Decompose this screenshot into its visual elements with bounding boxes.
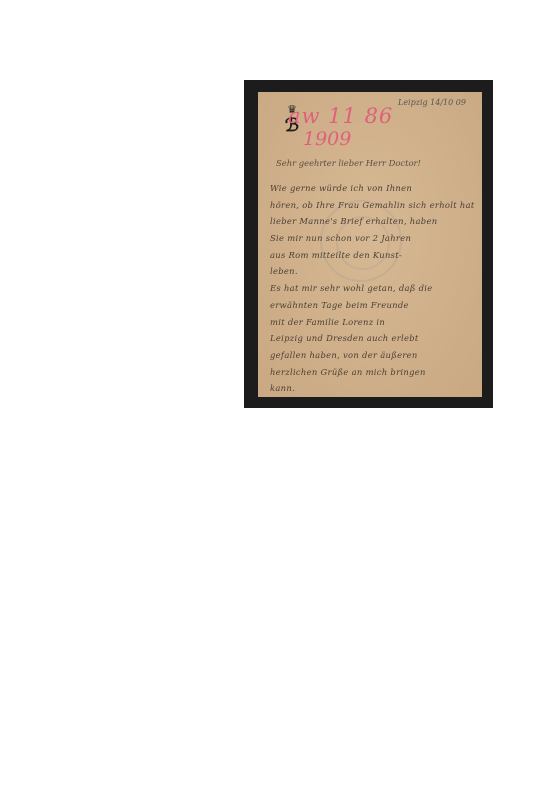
- letter-line: leben.: [270, 263, 475, 280]
- letter-line: kann.: [270, 380, 475, 397]
- letter-body: Wie gerne würde ich von Ihnenhören, ob I…: [270, 180, 475, 397]
- letter-line: Es hat mir sehr wohl getan, daß die: [270, 280, 475, 297]
- letter-line: Sie mir nun schon vor 2 Jahren: [270, 230, 475, 247]
- letter-line: aus Rom mitteilte den Kunst-: [270, 247, 475, 264]
- letter-line: herzlichen Grüße an mich bringen: [270, 364, 475, 381]
- salutation: Sehr geehrter lieber Herr Doctor!: [276, 158, 421, 168]
- letter-date: Leipzig 14/10 09: [398, 98, 466, 107]
- letter-line: hören, ob Ihre Frau Gemahlin sich erholt…: [270, 197, 475, 214]
- letter-paper: ♛ ℬ aw 11 86 1909 Leipzig 14/10 09 Sehr …: [258, 92, 482, 397]
- letter-line: mit der Familie Lorenz in: [270, 314, 475, 331]
- letter-line: gefallen haben, von der äußeren: [270, 347, 475, 364]
- archive-mark-year: 1909: [303, 128, 351, 150]
- letter-line: Wie gerne würde ich von Ihnen: [270, 180, 475, 197]
- letter-line: Leipzig und Dresden auch erlebt: [270, 330, 475, 347]
- archive-mark-number: aw 11 86: [288, 104, 393, 128]
- letter-line: erwähnten Tage beim Freunde: [270, 297, 475, 314]
- letter-line: lieber Manne's Brief erhalten, haben: [270, 213, 475, 230]
